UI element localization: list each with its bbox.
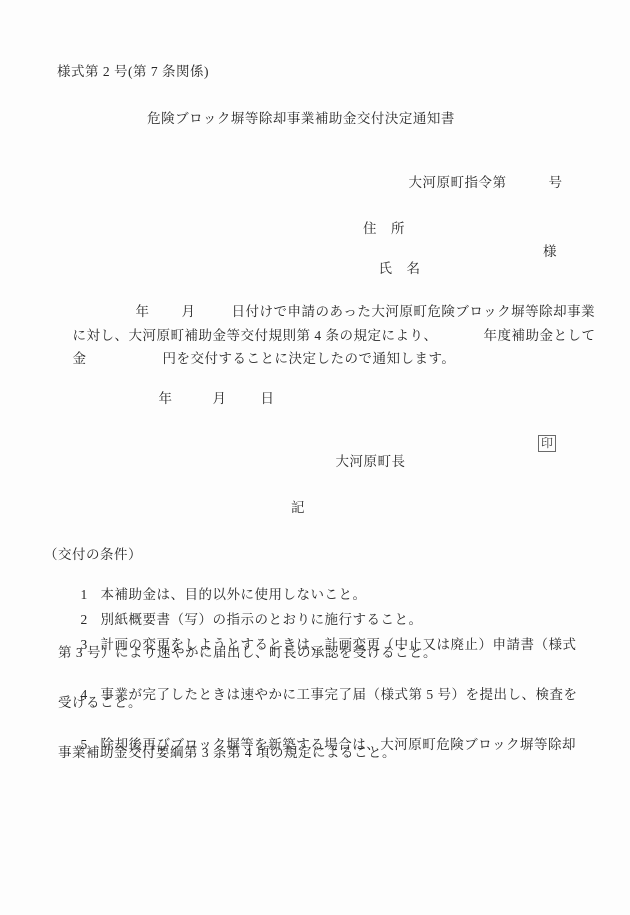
seal-mark: 印: [538, 435, 556, 452]
condition-text-3-line-2: 第 3 号）により速やかに届出し、町長の承認を受けること。: [58, 645, 437, 662]
issue-date-line: 年月日: [143, 374, 275, 425]
condition-text-4-line-2: 受けること。: [58, 695, 142, 712]
condition-text-5-line-2: 事業補助金交付要綱第 3 条第 4 項の規定によること。: [58, 745, 396, 762]
recipient-address-label: 住 所: [363, 221, 405, 238]
recipient-honorific: 様: [543, 244, 557, 261]
record-marker: 記: [0, 500, 596, 517]
conditions-heading: （交付の条件）: [44, 547, 142, 564]
fiscal-year-suffix: 年度補助金として: [484, 328, 596, 343]
document-title: 危険ブロック塀等除却事業補助金交付決定通知書: [0, 111, 602, 128]
signature-line: 大河原町長 印: [320, 437, 406, 505]
recipient-name-label: 氏 名: [379, 261, 421, 276]
amount-prefix: 金: [73, 351, 87, 366]
mayor-title: 大河原町長: [336, 454, 406, 469]
directive-label: 大河原町指令第: [409, 175, 507, 190]
directive-number-line: 大河原町指令第号: [393, 158, 563, 209]
issue-month-blank: 月: [213, 391, 227, 406]
issue-year-blank: 年: [159, 391, 173, 406]
issue-day-blank: 日: [261, 391, 275, 406]
directive-number-suffix: 号: [549, 175, 563, 190]
document-page: 様式第 2 号(第 7 条関係) 危険ブロック塀等除却事業補助金交付決定通知書 …: [0, 0, 630, 915]
form-number: 様式第 2 号(第 7 条関係): [57, 64, 209, 81]
condition-text-4-line-1: 事業が完了したときは速やかに工事完了届（様式第 5 号）を提出し、検査を: [101, 687, 578, 702]
amount-suffix-text: 円を交付することに決定したので通知します。: [163, 351, 456, 366]
